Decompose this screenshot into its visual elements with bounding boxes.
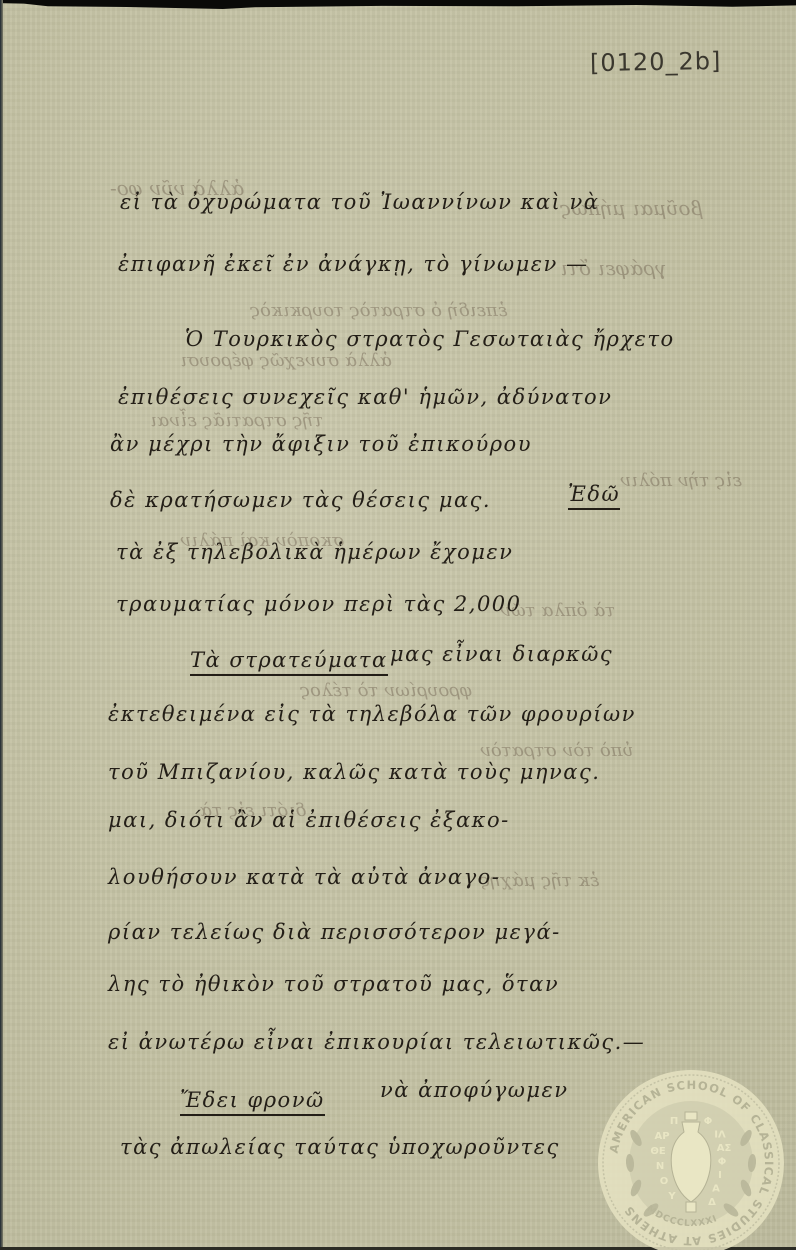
bleed-through-text: ἐπειδὴ ὁ στρατὸς τουρκικὸς: [250, 300, 508, 321]
handwritten-line: Τὰ στρατεύματα: [190, 648, 388, 672]
handwritten-line: Ἐδῶ: [568, 482, 620, 506]
handwritten-line: εἰ τὰ ὀχυρώματα τοῦ Ἰωαννίνων καὶ νὰ: [120, 190, 599, 214]
handwritten-line: τὰ ἐξ τηλεβολικὰ ἡμέρων ἔχομεν: [116, 540, 513, 564]
seal-inner-letter: Ι: [718, 1170, 722, 1181]
scan-left-edge: [0, 0, 3, 1250]
handwritten-line: τὰς ἀπωλείας ταύτας ὑποχωροῦντες: [120, 1135, 560, 1159]
seal-inner-letter: ΙΛ: [714, 1130, 726, 1141]
handwritten-line: μας εἶναι διαρκῶς: [390, 642, 613, 666]
scan-top-edge: [0, 0, 796, 9]
handwritten-line: ἐκτεθειμένα εἰς τὰ τηλεβόλα τῶν φρουρίων: [108, 702, 636, 726]
seal-inner-letter: ΑΡ: [654, 1131, 669, 1142]
handwritten-line: λης τὸ ἠθικὸν τοῦ στρατοῦ μας, ὅταν: [108, 972, 559, 996]
seal-inner-letter: Φ: [718, 1157, 727, 1168]
handwritten-line: ρίαν τελείως διὰ περισσότερον μεγά-: [108, 920, 561, 944]
bleed-through-text: φρουρίων τὸ τέλος: [300, 680, 472, 701]
handwritten-line: νὰ ἀποφύγωμεν: [380, 1078, 569, 1102]
seal-inner-letter: ΘΕ: [650, 1146, 666, 1157]
handwritten-line: ἐπιφανῆ ἐκεῖ ἐν ἀνάγκῃ, τὸ γίνωμεν —: [118, 252, 589, 276]
handwritten-line: ἐπιθέσεις συνεχεῖς καθ' ἡμῶν, ἀδύνατον: [118, 385, 612, 409]
seal-inner-letter: Ν: [656, 1161, 664, 1172]
handwritten-line: δὲ κρατήσωμεν τὰς θέσεις μας.: [110, 488, 491, 512]
handwritten-line: μαι, διότι ἂν αἱ ἐπιθέσεις ἐξακο-: [108, 808, 510, 832]
bleed-through-text: τῆς στρατιᾶς εἶναι: [150, 410, 323, 431]
seal-inner-letter: Δ: [708, 1197, 716, 1208]
handwritten-line: ἂν μέχρι τὴν ἄφιξιν τοῦ ἐπικούρου: [110, 432, 532, 456]
handwritten-line: εἰ ἀνωτέρω εἶναι ἐπικουρίαι τελειωτικῶς.…: [108, 1030, 645, 1054]
handwritten-line: λουθήσουν κατὰ τὰ αὐτὰ ἀναγο-: [108, 865, 500, 889]
seal-inner-letter: Α: [712, 1184, 720, 1195]
handwritten-line: Ὁ Τουρκικὸς στρατὸς Γεσωταιὰς ἤρχετο: [185, 327, 675, 351]
handwritten-line: τοῦ Μπιζανίου, καλῶς κατὰ τοὺς μηνας.: [108, 760, 600, 784]
seal-inner-letter: ΑΣ: [717, 1143, 732, 1154]
archive-reference-label: [0120_2b]: [590, 47, 722, 77]
bleed-through-text: εἰς τὴν πόλιν: [620, 470, 742, 491]
bleed-through-text: ὑπὸ τὸν στρατὸν: [480, 740, 634, 761]
seal-inner-letter: Υ: [667, 1191, 676, 1202]
bleed-through-text: ἀλλὰ συνεχῶς φέρουσι: [180, 350, 392, 371]
seal-inner-letter: Π: [670, 1116, 678, 1127]
handwritten-line: Ἔδει φρονῶ: [180, 1088, 325, 1112]
handwritten-line: τραυματίας μόνον περὶ τὰς 2,000: [116, 592, 522, 616]
seal-inner-letter: Ο: [660, 1176, 669, 1187]
manuscript-page: [0120_2b] ἀλλὰ νῦν φο-βοῦμαι μήπωςγράφει…: [0, 0, 796, 1250]
institutional-seal-stamp: AMERICAN SCHOOL OF CLASSICAL STUDIES AT …: [596, 1068, 786, 1250]
seal-inner-letter: Φ: [704, 1116, 713, 1127]
